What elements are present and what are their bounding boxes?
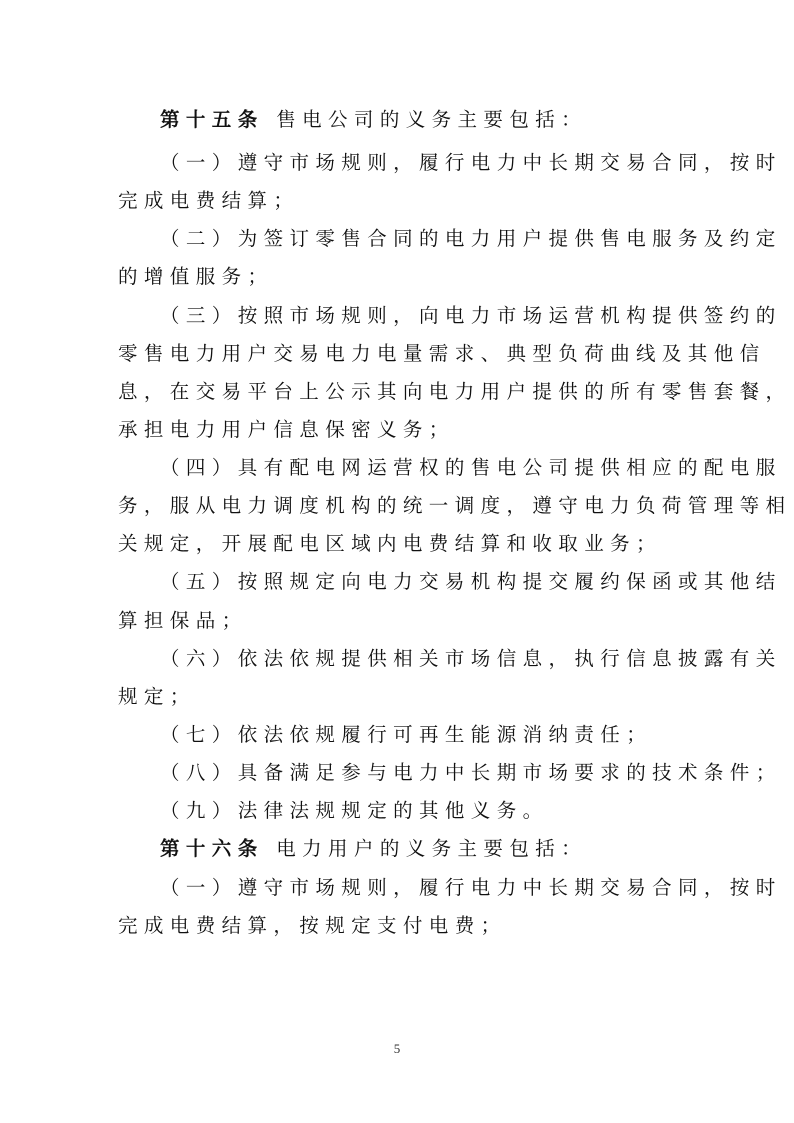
paragraph-line: 承担电力用户信息保密义务； <box>118 418 455 442</box>
paragraph-line: （八）具备满足参与电力中长期市场要求的技术条件； <box>160 761 782 785</box>
article-intro: 电力用户的义务主要包括： <box>276 837 587 860</box>
paragraph-line: （二）为签订零售合同的电力用户提供售电服务及约定 <box>160 227 782 251</box>
paragraph-line: 务，服从电力调度机构的统一调度，遵守电力负荷管理等相 <box>118 494 791 518</box>
article-16-heading-line: 第十六条 电力用户的义务主要包括： <box>160 837 587 861</box>
paragraph-line: 算担保品； <box>118 609 248 633</box>
paragraph-line: （一）遵守市场规则，履行电力中长期交易合同，按时 <box>160 876 782 900</box>
article-intro: 售电公司的义务主要包括： <box>276 108 587 131</box>
page-number: 5 <box>0 1041 794 1057</box>
paragraph-line: 关规定，开展配电区域内电费结算和收取业务； <box>118 532 662 556</box>
paragraph-line: （三）按照市场规则，向电力市场运营机构提供签约的 <box>160 304 782 328</box>
article-heading: 第十六条 <box>160 837 264 860</box>
paragraph-line: （一）遵守市场规则，履行电力中长期交易合同，按时 <box>160 151 782 175</box>
article-heading: 第十五条 <box>160 108 264 131</box>
paragraph-line: （六）依法依规提供相关市场信息，执行信息披露有关 <box>160 647 782 671</box>
paragraph-line: （四）具有配电网运营权的售电公司提供相应的配电服 <box>160 456 782 480</box>
paragraph-line: 完成电费结算； <box>118 189 299 213</box>
paragraph-line: （五）按照规定向电力交易机构提交履约保函或其他结 <box>160 570 782 594</box>
paragraph-line: （七）依法依规履行可再生能源消纳责任； <box>160 723 652 747</box>
paragraph-line: 的增值服务； <box>118 265 273 289</box>
paragraph-line: 完成电费结算，按规定支付电费； <box>118 914 507 938</box>
paragraph-line: 规定； <box>118 685 196 709</box>
paragraph-line: （九）法律法规规定的其他义务。 <box>160 799 549 823</box>
paragraph-line: 零售电力用户交易电力电量需求、典型负荷曲线及其他信 <box>118 342 766 366</box>
paragraph-line: 息，在交易平台上公示其向电力用户提供的所有零售套餐， <box>118 380 791 404</box>
article-15-heading-line: 第十五条 售电公司的义务主要包括： <box>160 108 587 132</box>
